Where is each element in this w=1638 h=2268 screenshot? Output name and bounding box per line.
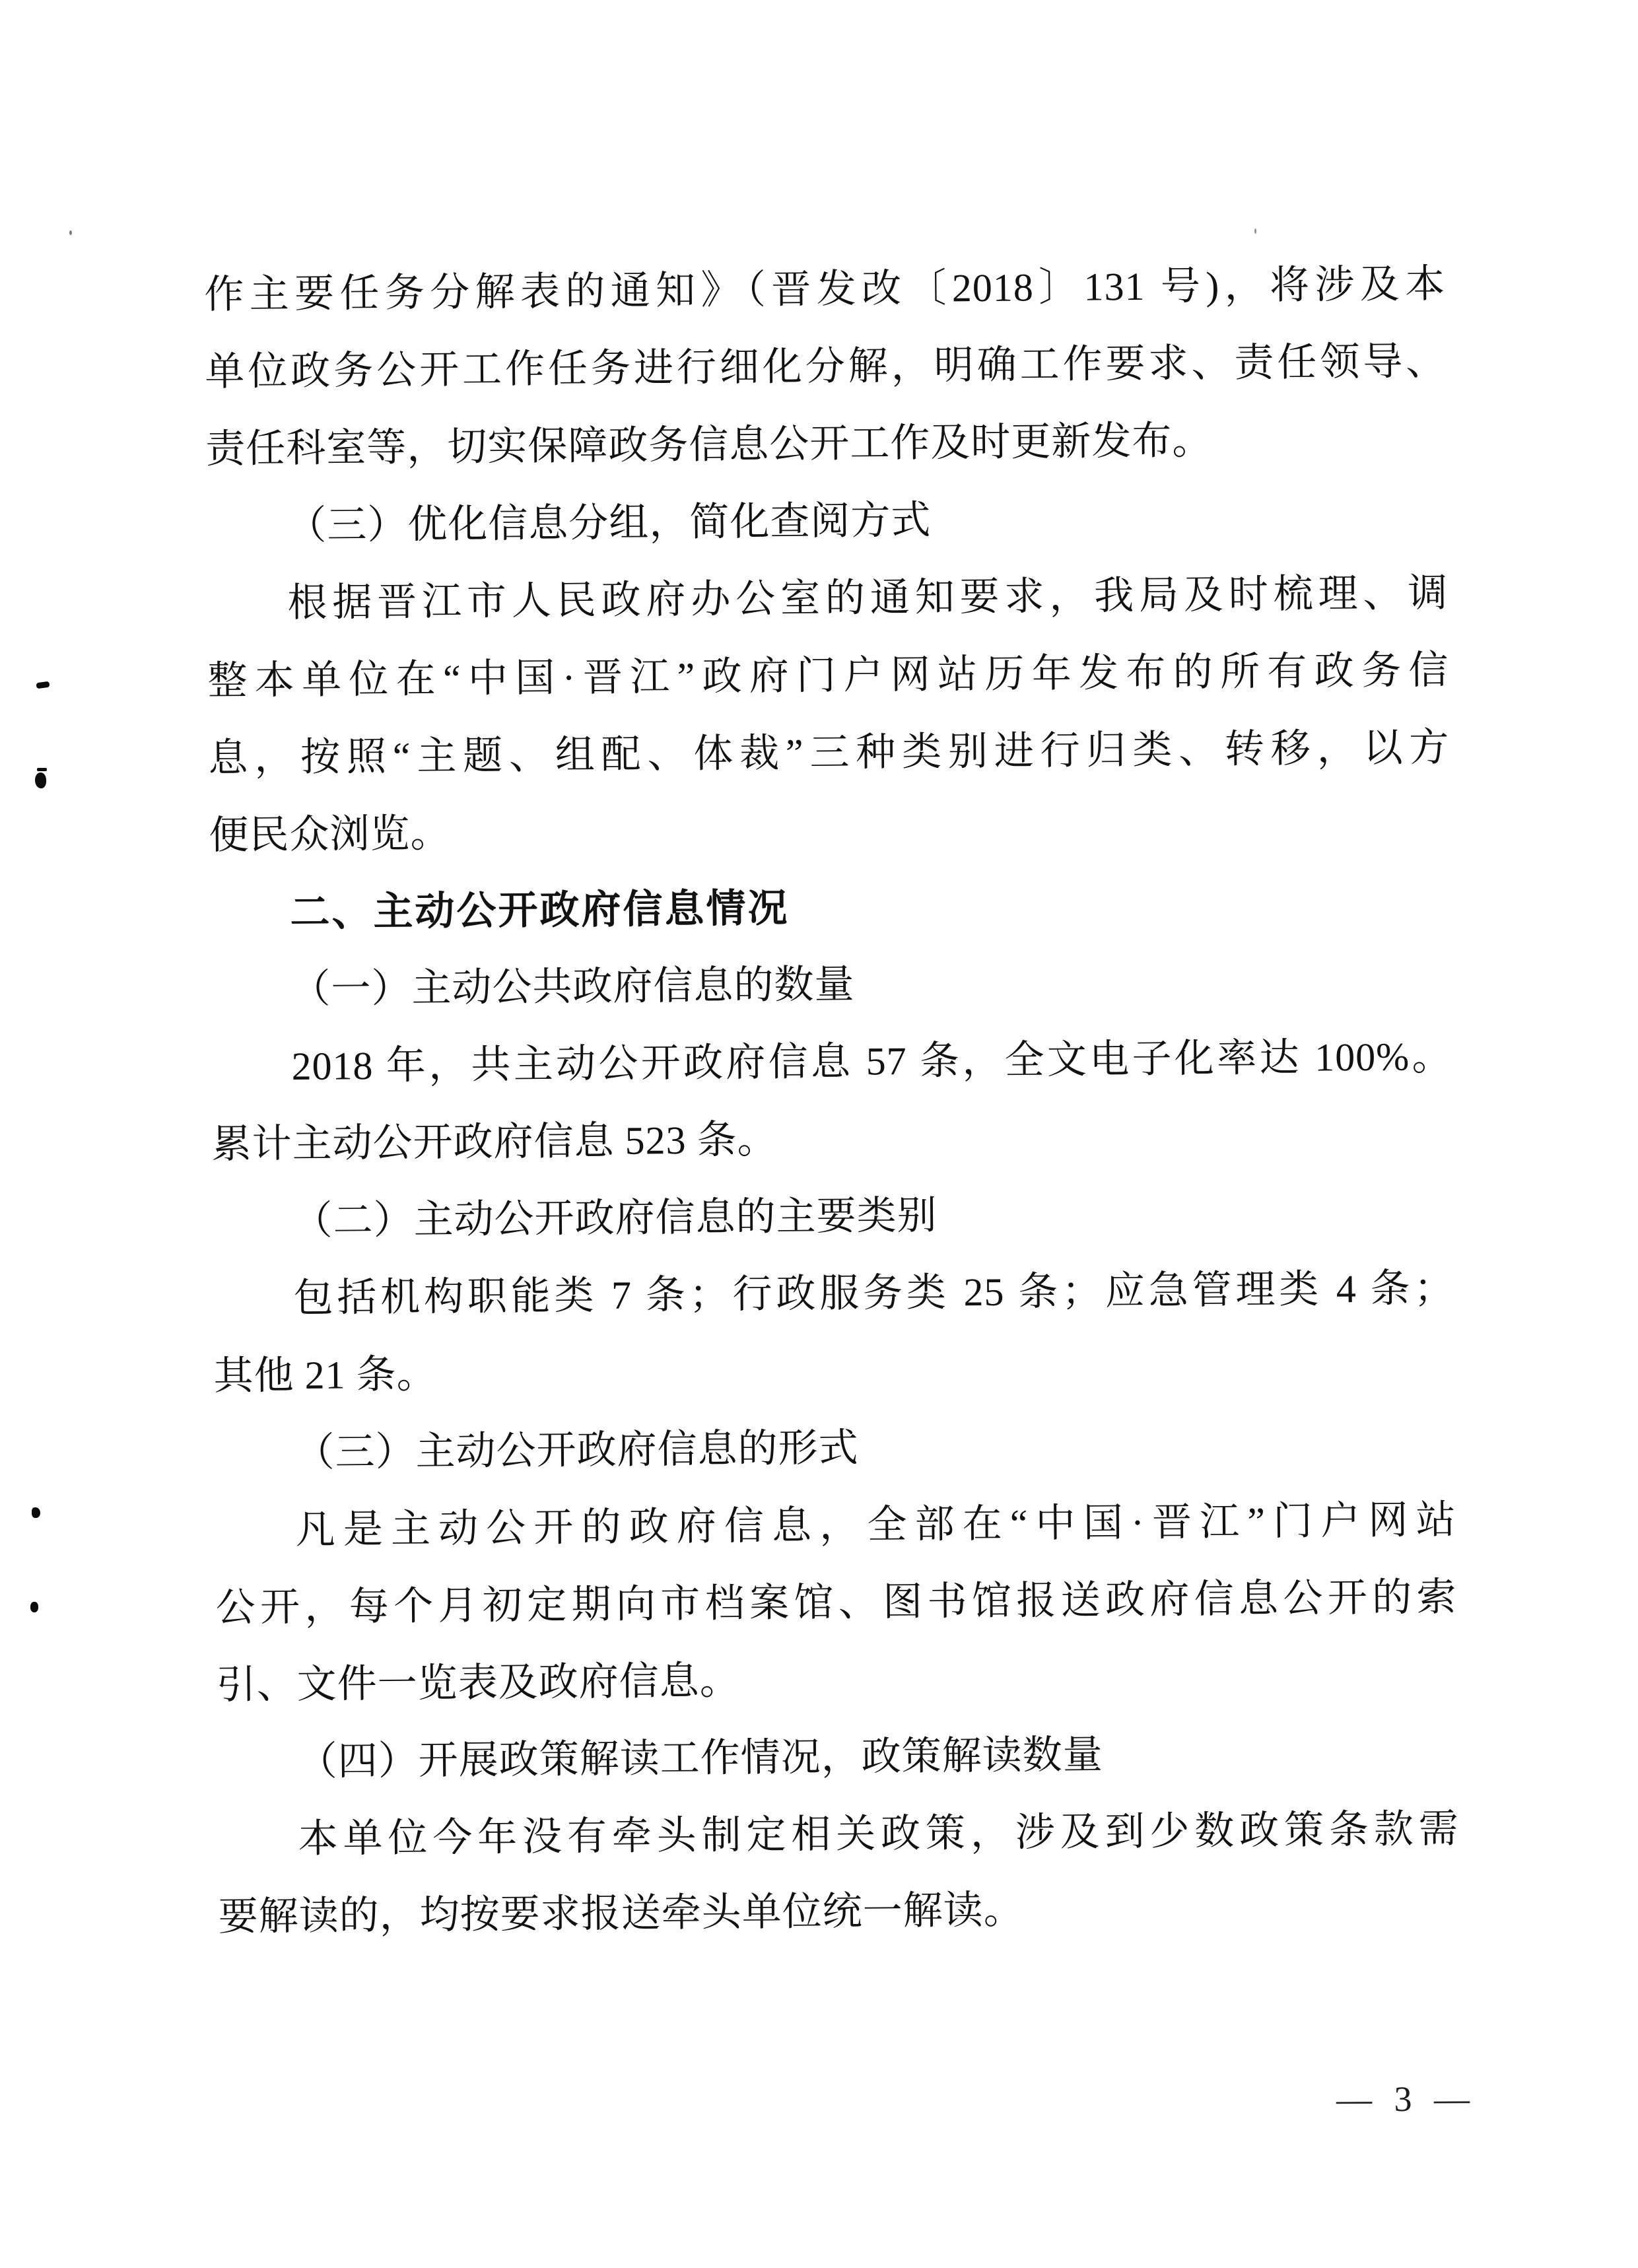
text-line: （二）主动公开政府信息的主要类别 (212, 1173, 1454, 1260)
text-line: 便民众浏览。 (209, 786, 1450, 874)
text-line: 要解读的，均按要求报送牵头单位统一解读。 (218, 1868, 1460, 1956)
text-line: 2018 年，共主动公开政府信息 57 条，全文电子化率达 100%。 (211, 1018, 1452, 1106)
text-line: 根据晋江市人民政府办公室的通知要求，我局及时梳理、调 (207, 555, 1449, 642)
text-line: （三）优化信息分组，简化查阅方式 (206, 477, 1448, 565)
text-line: 作主要任务分解表的通知》（晋发改〔2018〕131 号)，将涉及本 (204, 246, 1446, 333)
text-line: （三）主动公开政府信息的形式 (214, 1404, 1456, 1492)
page-number: — 3 — (1304, 2078, 1509, 2120)
text-line: 单位政务公开工作任务进行细化分解，明确工作要求、责任领导、 (205, 323, 1447, 411)
ink-speck (37, 768, 47, 771)
ink-speck (32, 1507, 40, 1518)
text-line: 凡是主动公开的政府信息，全部在“中国·晋江”门户网站 (215, 1482, 1456, 1569)
ink-speck (35, 773, 46, 788)
text-line: 本单位今年没有牵头制定相关政策，涉及到少数政策条款需 (217, 1791, 1459, 1878)
scanned-document-page: 作主要任务分解表的通知》（晋发改〔2018〕131 号)，将涉及本单位政务公开工… (0, 0, 1638, 2268)
text-line: 息，按照“主题、组配、体裁”三种类别进行归类、转移，以方 (208, 709, 1450, 797)
text-line: （一）主动公共政府信息的数量 (210, 941, 1452, 1029)
text-line: 包括机构职能类 7 条；行政服务类 25 条；应急管理类 4 条； (213, 1250, 1454, 1338)
ink-speck (36, 681, 50, 689)
text-line: 整本单位在“中国·晋江”政府门户网站历年发布的所有政务信 (207, 632, 1449, 720)
ink-speck (30, 1602, 38, 1612)
text-line: 引、文件一览表及政府信息。 (216, 1636, 1458, 1724)
text-line: 其他 21 条。 (213, 1327, 1455, 1415)
ink-speck (1254, 228, 1256, 234)
section-heading: 二、主动公开政府信息情况 (209, 864, 1451, 951)
text-line: 累计主动公开政府信息 523 条。 (211, 1095, 1453, 1183)
document-body: 作主要任务分解表的通知》（晋发改〔2018〕131 号)，将涉及本单位政务公开工… (204, 246, 1460, 1956)
ink-speck (69, 230, 72, 235)
text-line: 公开，每个月初定期向市档案馆、图书馆报送政府信息公开的索 (215, 1559, 1457, 1647)
text-line: （四）开展政策解读工作情况，政策解读数量 (217, 1713, 1458, 1801)
text-line: 责任科室等，切实保障政务信息公开工作及时更新发布。 (205, 400, 1447, 488)
